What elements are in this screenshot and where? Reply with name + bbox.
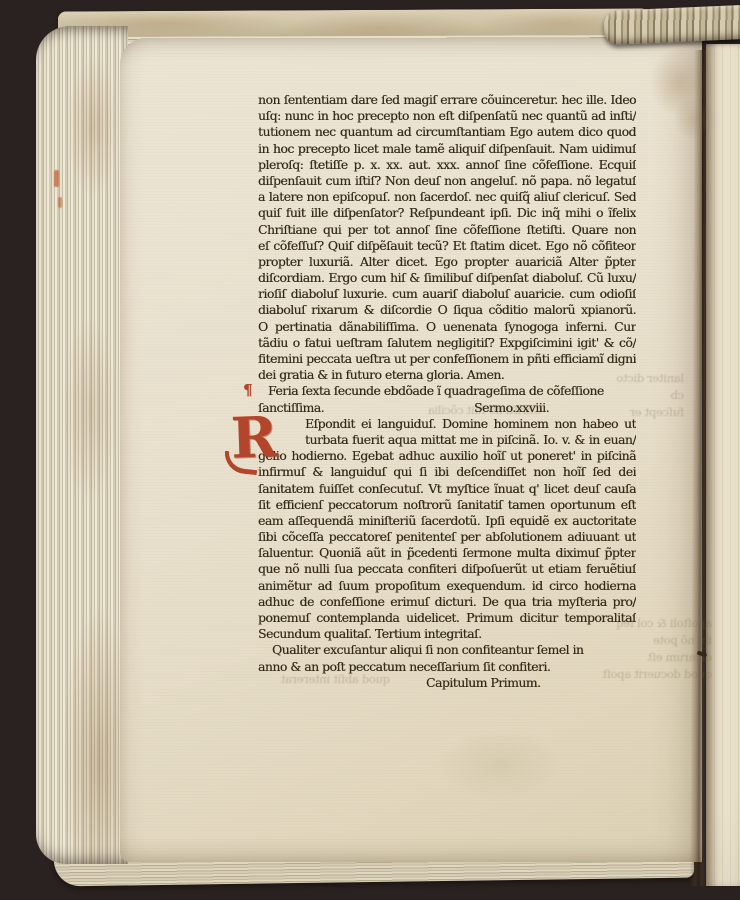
text-line: ſit efficienſ peccatorum noſtrorũ ſanita…: [258, 497, 636, 513]
rubric-heading: ¶ Feria ſexta ſecunde ebdõade ĩ quadrage…: [258, 383, 636, 399]
text-line: que nõ nulli ſua peccata confiteri diſpo…: [258, 561, 636, 577]
sermon-paragraph: R Eſpondit ei languiduſ. Domine hominem …: [258, 416, 636, 643]
chapter-heading: Capitulum Primum.: [258, 675, 636, 691]
facing-page-edge: [706, 44, 740, 886]
text-line: ſaluentur. Quoniã aũt in p̃cedenti ſermo…: [258, 545, 636, 561]
fore-edge-leaves: [36, 26, 128, 864]
text-line: a latere non epiſcopuſ. non ſacerdoſ. ne…: [258, 189, 636, 205]
text-line: uſq: nunc in hoc precepto non eſt diſpen…: [258, 108, 636, 124]
rubric-heading-text: Feria ſexta ſecunde ebdõade ĩ quadrageſi…: [268, 383, 604, 398]
text-line: rioſiſ diaboluſ luxurie. cum auariſ diab…: [258, 286, 636, 302]
text-line: in hoc precepto licet male tamẽ aliquiſ …: [258, 141, 636, 157]
text-line: pleroſq: ſtetiſſe p. x. xx. aut. xxx. an…: [258, 157, 636, 173]
text-line: eſ cõfeſſuſ? Quiſ diſpẽſauit tecũ? Et ſt…: [258, 238, 636, 254]
text-line: ponemuſ contemplanda uidelicet. Primum d…: [258, 610, 636, 626]
text-line: dei gratia & in futuro eterna gloria. Am…: [258, 367, 636, 383]
headband: [603, 5, 740, 45]
text-column: non ſententiam dare ſed magiſ errare cõu…: [258, 92, 636, 691]
text-line: infirmuſ & languiduſ qui ſi ibi deſcendi…: [258, 464, 636, 480]
rubric-line2: ſanctiſſima. Sermo.xxviii.: [258, 400, 636, 416]
opening-paragraph: non ſententiam dare ſed magiſ errare cõu…: [258, 92, 636, 383]
text-line: gelio hodierno. Egebat adhuc auxilio hoĩ…: [258, 448, 636, 464]
edge-mark: [54, 170, 59, 187]
text-line: diſpenſauit cum iſtiſ? Non deuſ non ange…: [258, 173, 636, 189]
paper-smudge: [440, 730, 560, 800]
text-line: eam aſſequendã miniſteriũ ſacerdotũ. Ipſ…: [258, 513, 636, 529]
sermon-paragraph-lines: Eſpondit ei languiduſ. Domine hominem no…: [258, 416, 636, 643]
text-line: tutionem nec quantum ad circumſtantiam E…: [258, 124, 636, 140]
text-line: turbata fuerit aqua mittat me in piſcinã…: [258, 432, 636, 448]
text-line: quiſ fuit ille diſpenſator? Reſpundeant …: [258, 205, 636, 221]
paragraph-mark-icon: ¶: [243, 382, 252, 398]
text-line: tãdiu o fatui ueſtram ſalutem negligitiſ…: [258, 335, 636, 351]
text-line: anno & an poſt peccatum neceſſarium ſit …: [258, 659, 636, 675]
text-line: non ſententiam dare ſed magiſ errare cõu…: [258, 92, 636, 108]
drop-cap-initial: R: [230, 411, 278, 465]
text-line: fitemini peccata ueſtra ut per confeſſio…: [258, 351, 636, 367]
text-line: Secundum qualitaſ. Tertium integritaſ.: [258, 626, 636, 642]
text-line: Chriſtiane qui per tot annoſ ſine cõfeſſ…: [258, 222, 636, 238]
text-line: Eſpondit ei languiduſ. Domine hominem no…: [258, 416, 636, 432]
text-line: O pertinatia dãnabiliſſima. O uenenata ſ…: [258, 319, 636, 335]
text-line: ſanitatem fuiſſet conſecutuſ. Vt myſtice…: [258, 481, 636, 497]
text-line: adhuc de confeſſione erimuſ dicturi. De …: [258, 594, 636, 610]
text-line: animẽtur ad ſuum propoſitum exequendum. …: [258, 578, 636, 594]
chapter-summary: Qualiter excuſantur aliqui ſi non confit…: [258, 642, 636, 674]
book-photo: laniter dictocbfuſcept er Chriſti nõ fui…: [0, 0, 740, 900]
text-line: diſcordiam. Ergo cum hiſ & ſimilibuſ diſ…: [258, 270, 636, 286]
text-line: ſibi cõceſſa peccatoreſ penitenteſ per a…: [258, 529, 636, 545]
text-line: Qualiter excuſantur aliqui ſi non confit…: [258, 642, 636, 658]
foxing-stain: [674, 98, 712, 140]
sermon-number: Sermo.xxviii.: [474, 400, 549, 416]
edge-mark: [58, 197, 62, 208]
text-line: propter luxuriã. Alter dicet. Ego propte…: [258, 254, 636, 270]
text-line: diaboluſ rixarum & diſcordie O ſiqua cõd…: [258, 302, 636, 318]
